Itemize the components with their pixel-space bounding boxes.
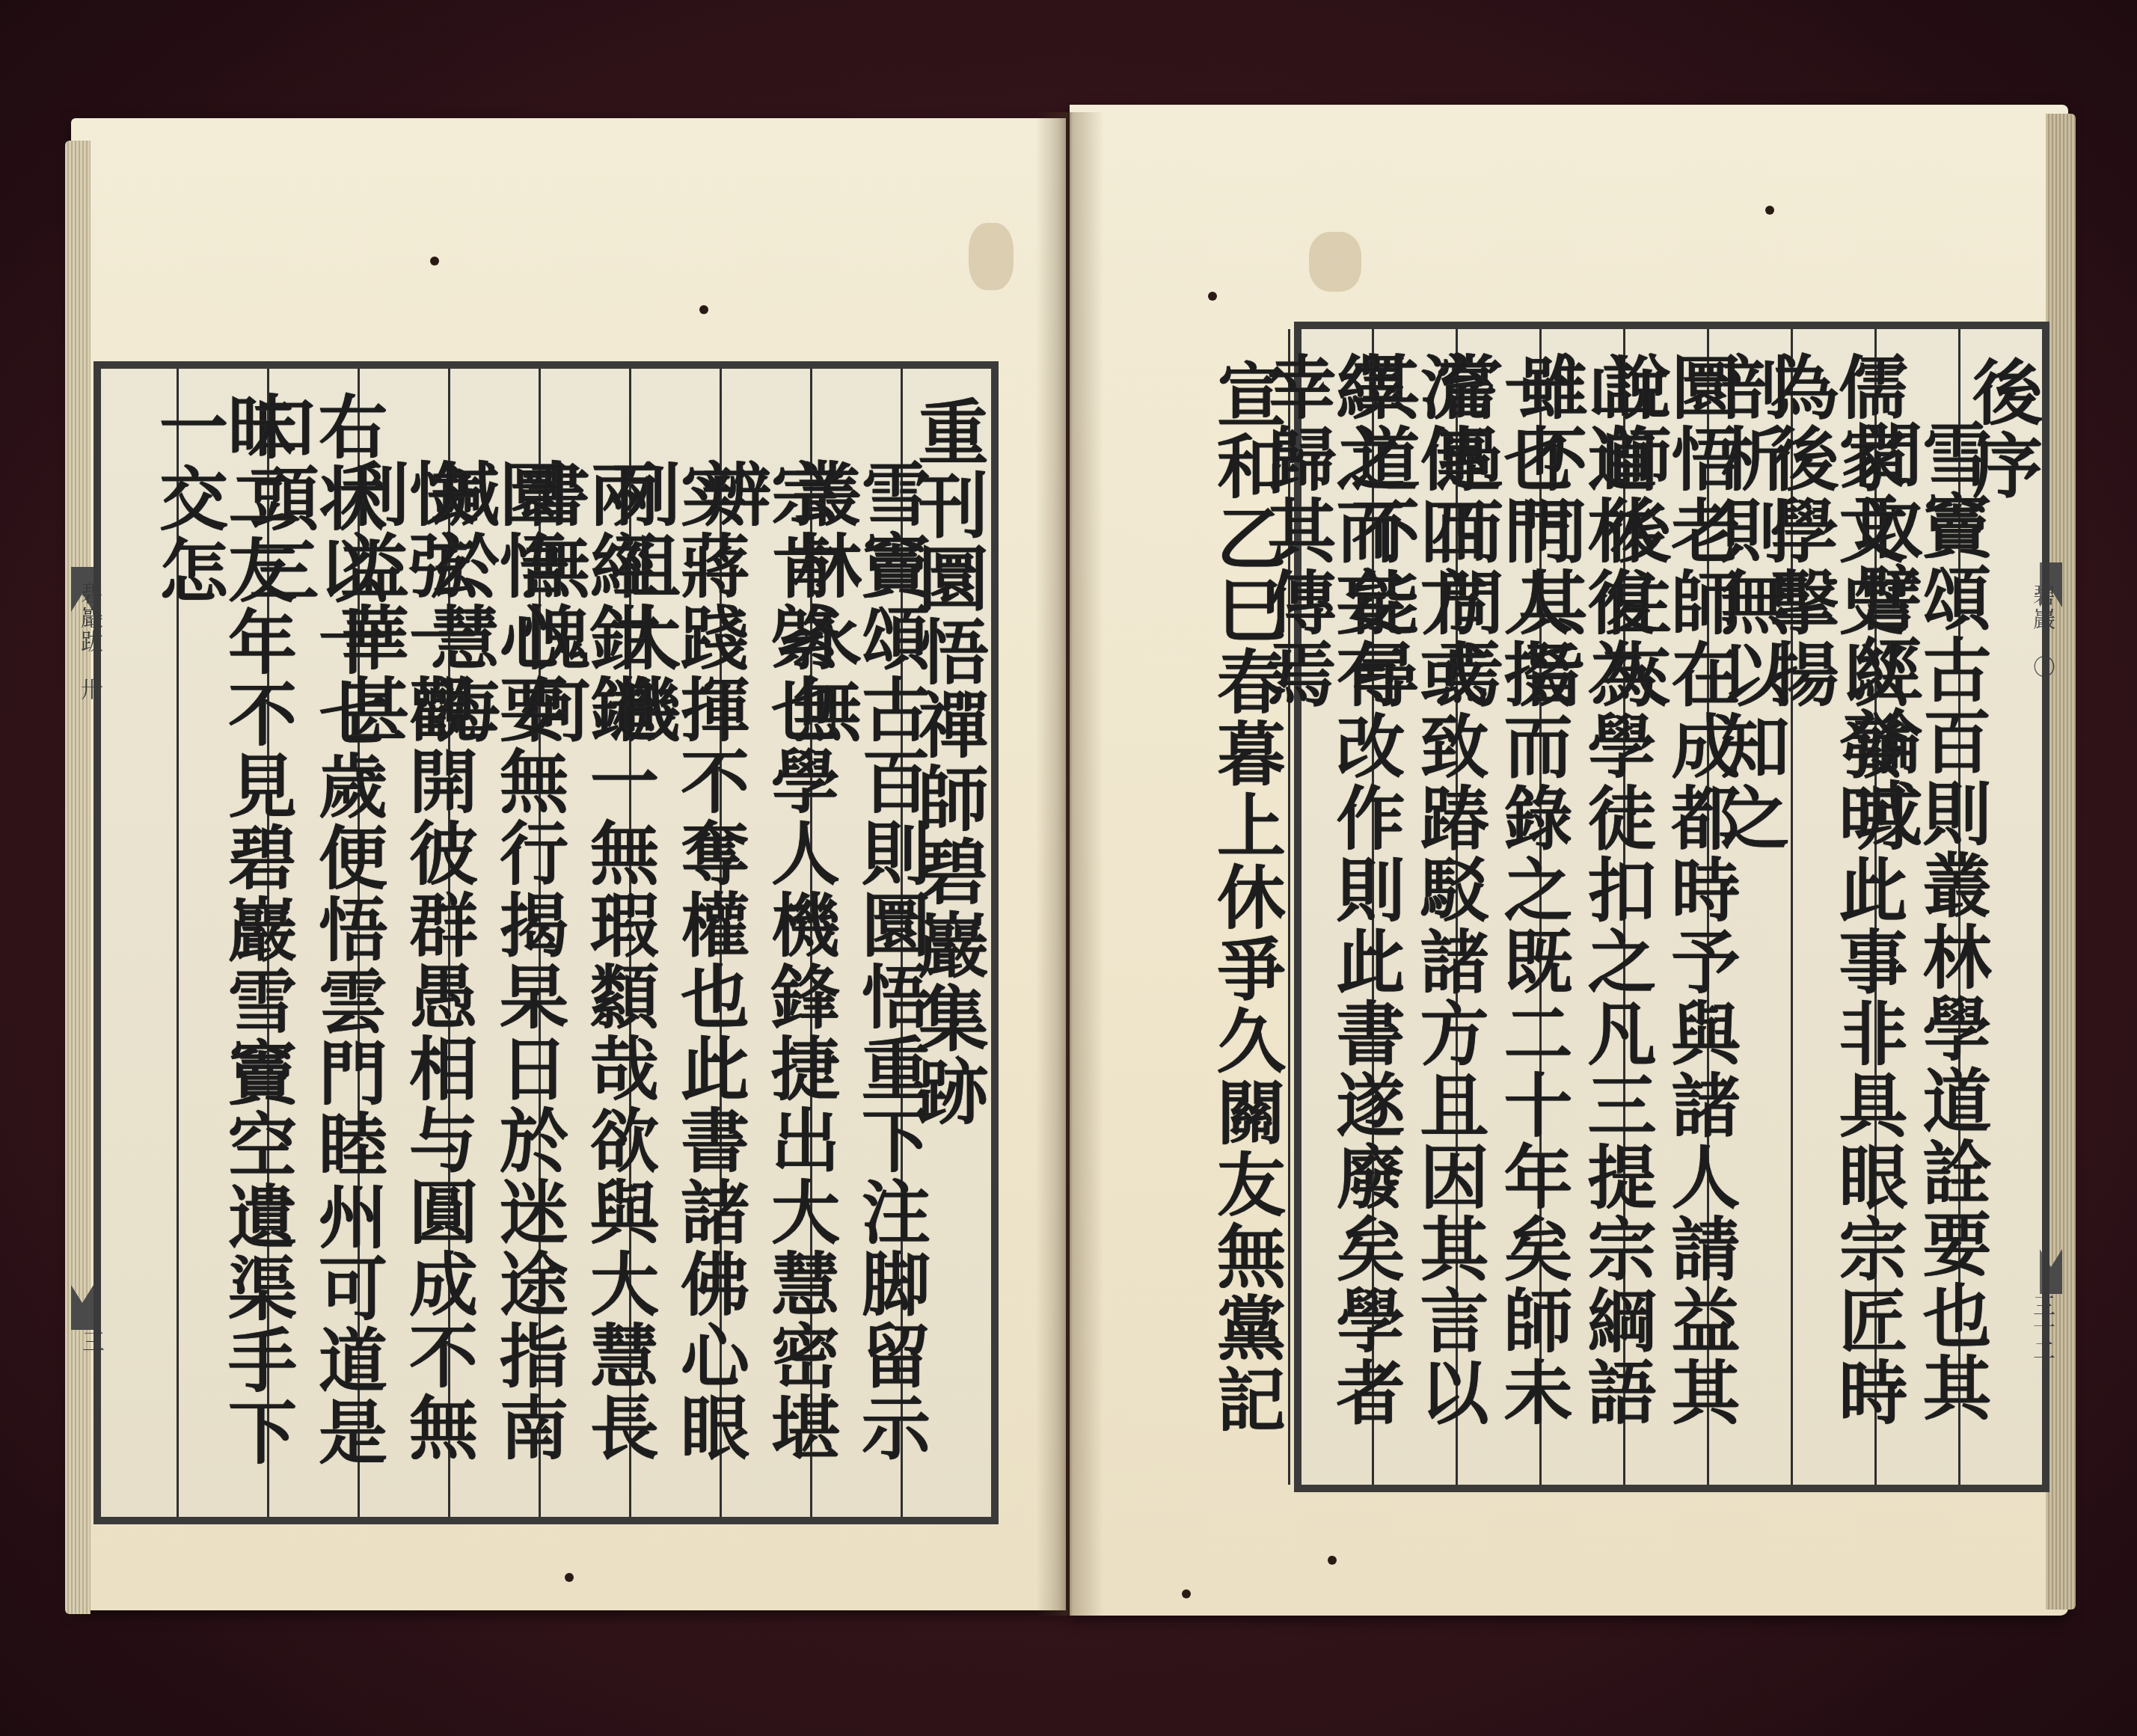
left-print-frame: 重刊圜悟禪師碧巖集跡 雪竇頌古百則圜悟重下注脚留示叢林永無 宗肯綮也學人機鋒捷出… <box>93 361 999 1524</box>
right-column-8: 繹之而妄有改作則此書遂廢矣學者幸歸其傳焉 <box>1288 329 1372 1485</box>
wormhole <box>565 1573 574 1582</box>
wormhole <box>1765 206 1774 215</box>
right-column-2: 儒家文史以發明此事非具眼宗匠時為後學擊揚 <box>1791 329 1874 1485</box>
right-column-9-colophon: 宣和乙巳春暮上休爭久關友無黨記 <box>1204 329 1288 1485</box>
right-text-columns: 後序 雪竇頌古百則叢林學道詮要也其間取譬經論或 儒家文史以發明此事非具眼宗匠時為… <box>1301 329 2042 1485</box>
left-column-spacer <box>132 369 177 1517</box>
right-page-edge <box>2046 114 2076 1610</box>
wormhole <box>1328 1556 1337 1565</box>
paper-stain <box>1309 232 1361 292</box>
wormhole <box>1182 1589 1191 1598</box>
wormhole <box>1208 292 1217 301</box>
left-page-edge <box>65 141 91 1614</box>
left-page: 碧巖跋 卅 三 重刊圜悟禪師碧巖集跡 雪竇頌古百則圜悟重下注脚留示叢林永無 宗肯… <box>71 118 1066 1610</box>
paper-stain <box>969 223 1014 290</box>
wormhole <box>699 305 708 314</box>
right-page: 碧巖 〇 三十二 後序 雪竇頌古百則叢林學道詮要也其間取譬經論或 儒家文史以發明… <box>1070 105 2068 1616</box>
right-print-frame: 後序 雪竇頌古百則叢林學道詮要也其間取譬經論或 儒家文史以發明此事非具眼宗匠時為… <box>1294 322 2049 1492</box>
left-text-columns: 重刊圜悟禪師碧巖集跡 雪竇頌古百則圜悟重下注脚留示叢林永無 宗肯綮也學人機鋒捷出… <box>101 369 991 1517</box>
left-column-8: 昧二友年不見碧巖雪竇空遺渠手下一交怎 <box>177 369 267 1517</box>
open-book: 碧巖跋 卅 三 重刊圜悟禪師碧巖集跡 雪竇頌古百則圜悟重下注脚留示叢林永無 宗肯… <box>71 105 2068 1623</box>
wormhole <box>430 257 439 266</box>
